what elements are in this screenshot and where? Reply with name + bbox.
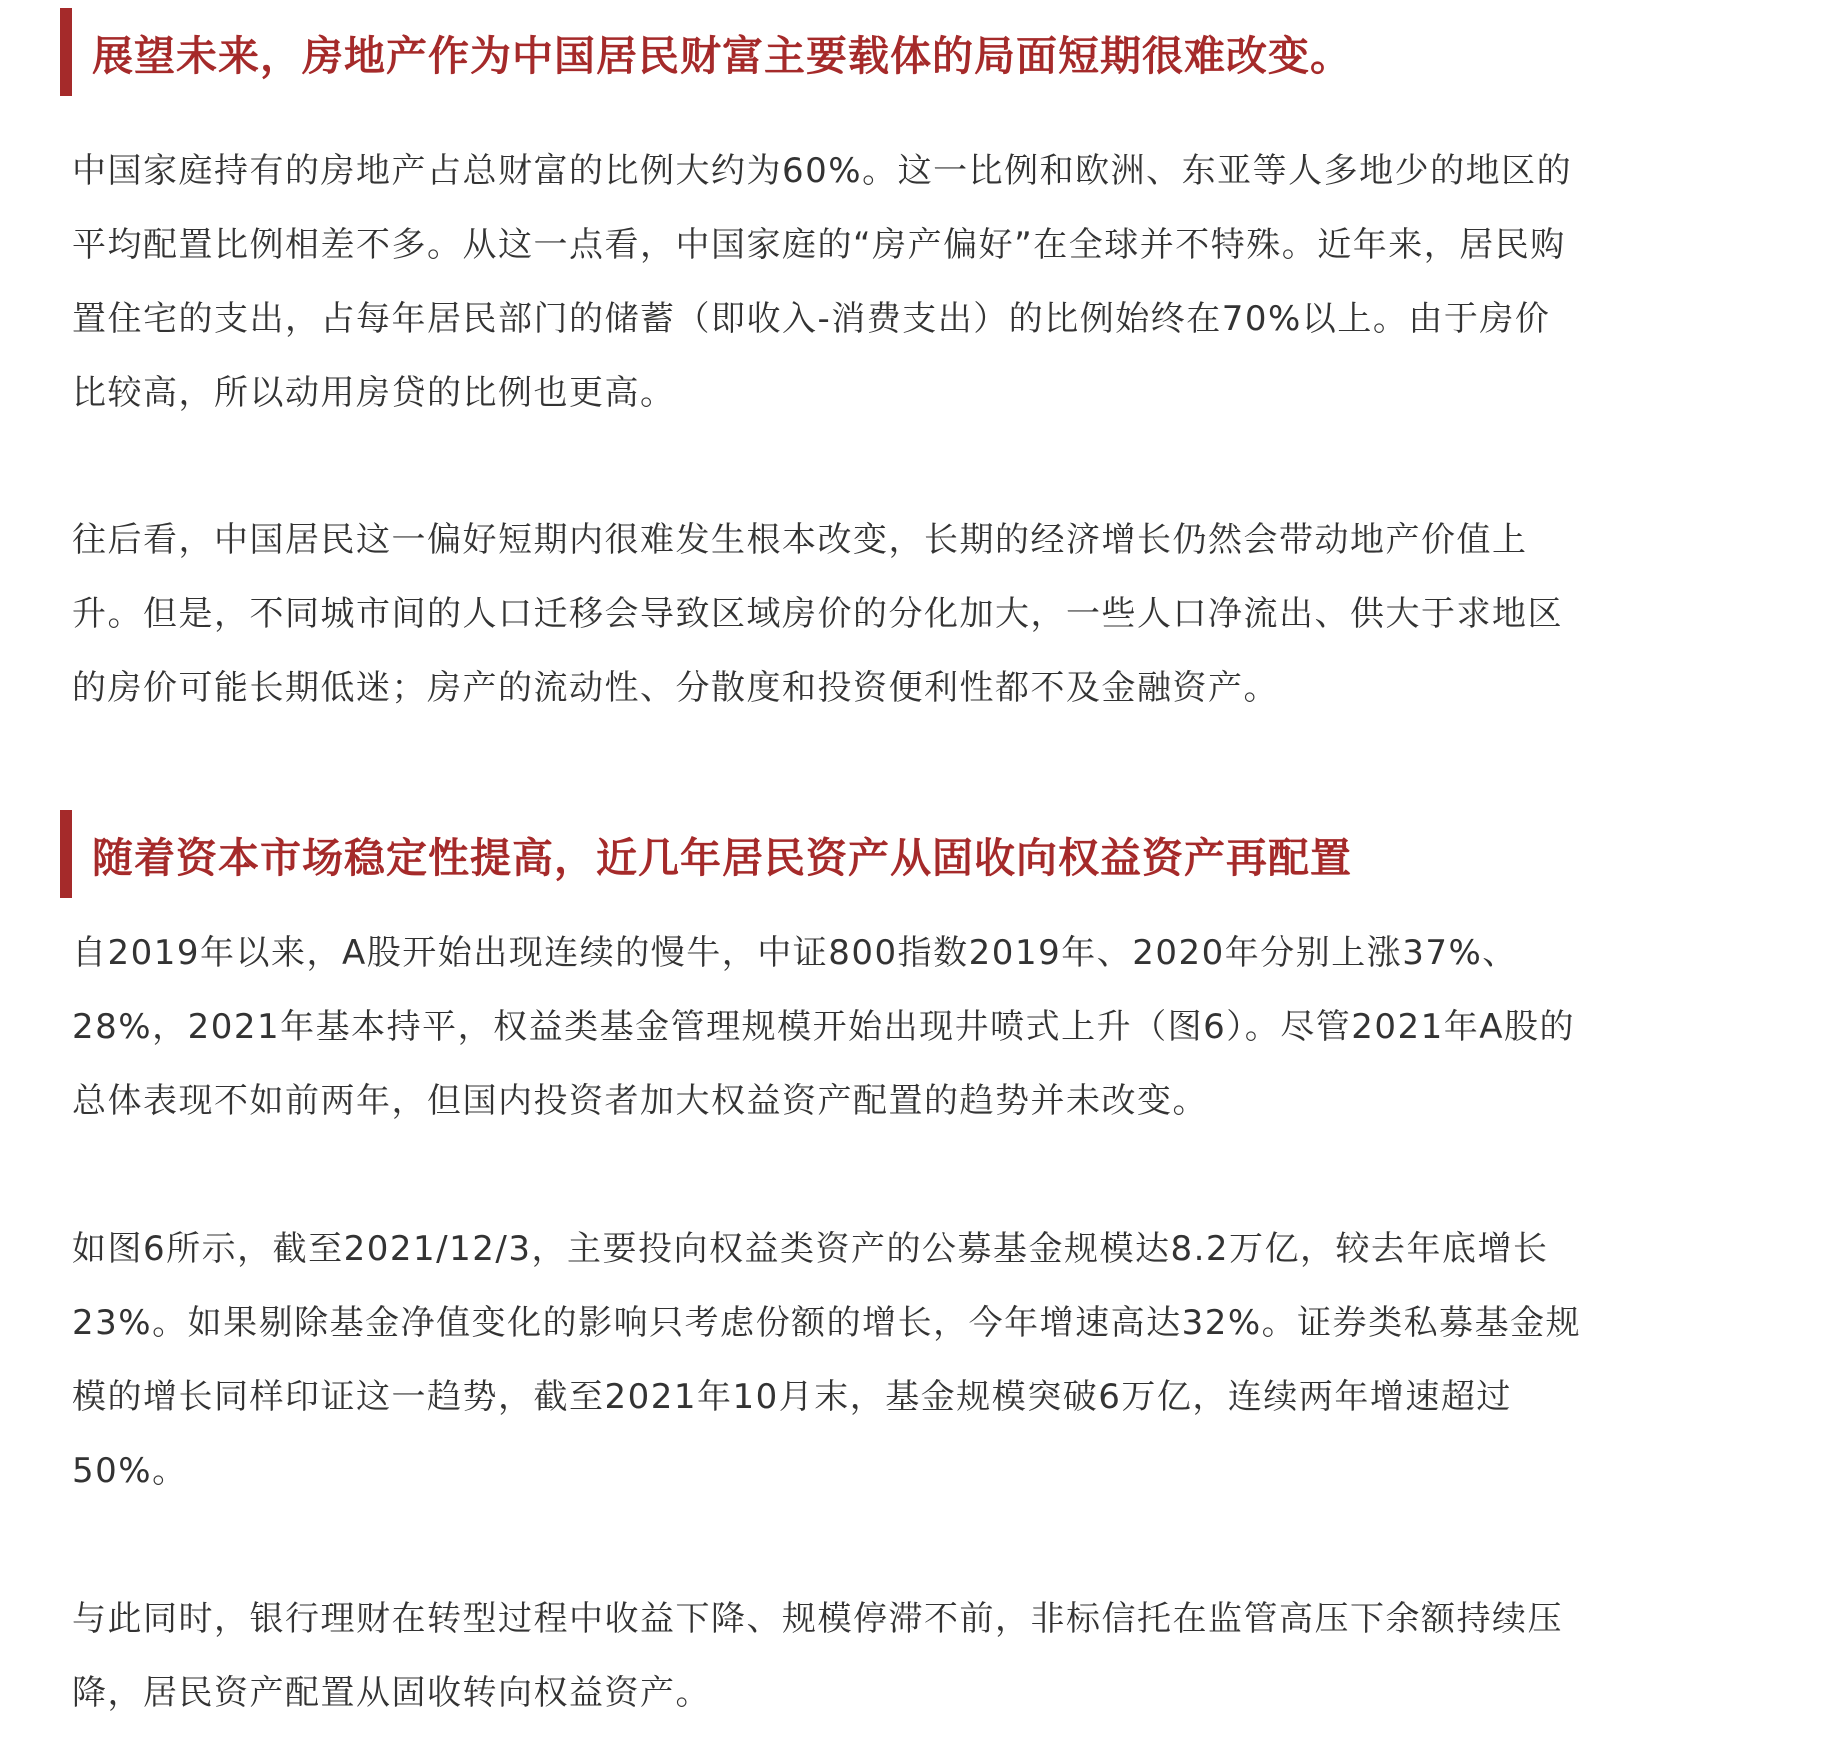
text-line: 与此同时，银行理财在转型过程中收益下降、规模停滞不前，非标信托在监管高压下余额持… [72,1582,1772,1656]
heading-text: 随着资本市场稳定性提高，近几年居民资产从固收向权益资产再配置 [92,825,1352,884]
heading-accent-bar [60,810,72,898]
paragraph-fund-growth: 如图6所示，截至2021/12/3，主要投向权益类资产的公募基金规模达8.2万亿… [72,1212,1772,1508]
heading-accent-bar [60,8,72,96]
section-heading-housing: 展望未来，房地产作为中国居民财富主要载体的局面短期很难改变。 [60,8,1352,96]
paragraph-a-share-bull: 自2019年以来，A股开始出现连续的慢牛，中证800指数2019年、2020年分… [72,916,1772,1138]
heading-text: 展望未来，房地产作为中国居民财富主要载体的局面短期很难改变。 [92,23,1352,82]
section-heading-equity: 随着资本市场稳定性提高，近几年居民资产从固收向权益资产再配置 [60,810,1352,898]
text-line: 50%。 [72,1434,1772,1508]
text-line: 如图6所示，截至2021/12/3，主要投向权益类资产的公募基金规模达8.2万亿… [72,1212,1772,1286]
text-line: 模的增长同样印证这一趋势，截至2021年10月末，基金规模突破6万亿，连续两年增… [72,1360,1772,1434]
paragraph-fixed-income-shift: 与此同时，银行理财在转型过程中收益下降、规模停滞不前，非标信托在监管高压下余额持… [72,1582,1772,1730]
text-line: 28%，2021年基本持平，权益类基金管理规模开始出现井喷式上升（图6）。尽管2… [72,990,1772,1064]
paragraph-housing-outlook: 往后看，中国居民这一偏好短期内很难发生根本改变，长期的经济增长仍然会带动地产价值… [72,503,1772,725]
text-line: 中国家庭持有的房地产占总财富的比例大约为60%。这一比例和欧洲、东亚等人多地少的… [72,134,1772,208]
text-line: 23%。如果剔除基金净值变化的影响只考虑份额的增长，今年增速高达32%。证券类私… [72,1286,1772,1360]
text-line: 的房价可能长期低迷；房产的流动性、分散度和投资便利性都不及金融资产。 [72,651,1772,725]
text-line: 平均配置比例相差不多。从这一点看，中国家庭的“房产偏好”在全球并不特殊。近年来，… [72,208,1772,282]
text-line: 比较高，所以动用房贷的比例也更高。 [72,356,1772,430]
text-line: 自2019年以来，A股开始出现连续的慢牛，中证800指数2019年、2020年分… [72,916,1772,990]
text-line: 降，居民资产配置从固收转向权益资产。 [72,1656,1772,1730]
paragraph-housing-share: 中国家庭持有的房地产占总财富的比例大约为60%。这一比例和欧洲、东亚等人多地少的… [72,134,1772,430]
text-line: 升。但是，不同城市间的人口迁移会导致区域房价的分化加大，一些人口净流出、供大于求… [72,577,1772,651]
text-line: 总体表现不如前两年，但国内投资者加大权益资产配置的趋势并未改变。 [72,1064,1772,1138]
text-line: 往后看，中国居民这一偏好短期内很难发生根本改变，长期的经济增长仍然会带动地产价值… [72,503,1772,577]
text-line: 置住宅的支出，占每年居民部门的储蓄（即收入-消费支出）的比例始终在70%以上。由… [72,282,1772,356]
